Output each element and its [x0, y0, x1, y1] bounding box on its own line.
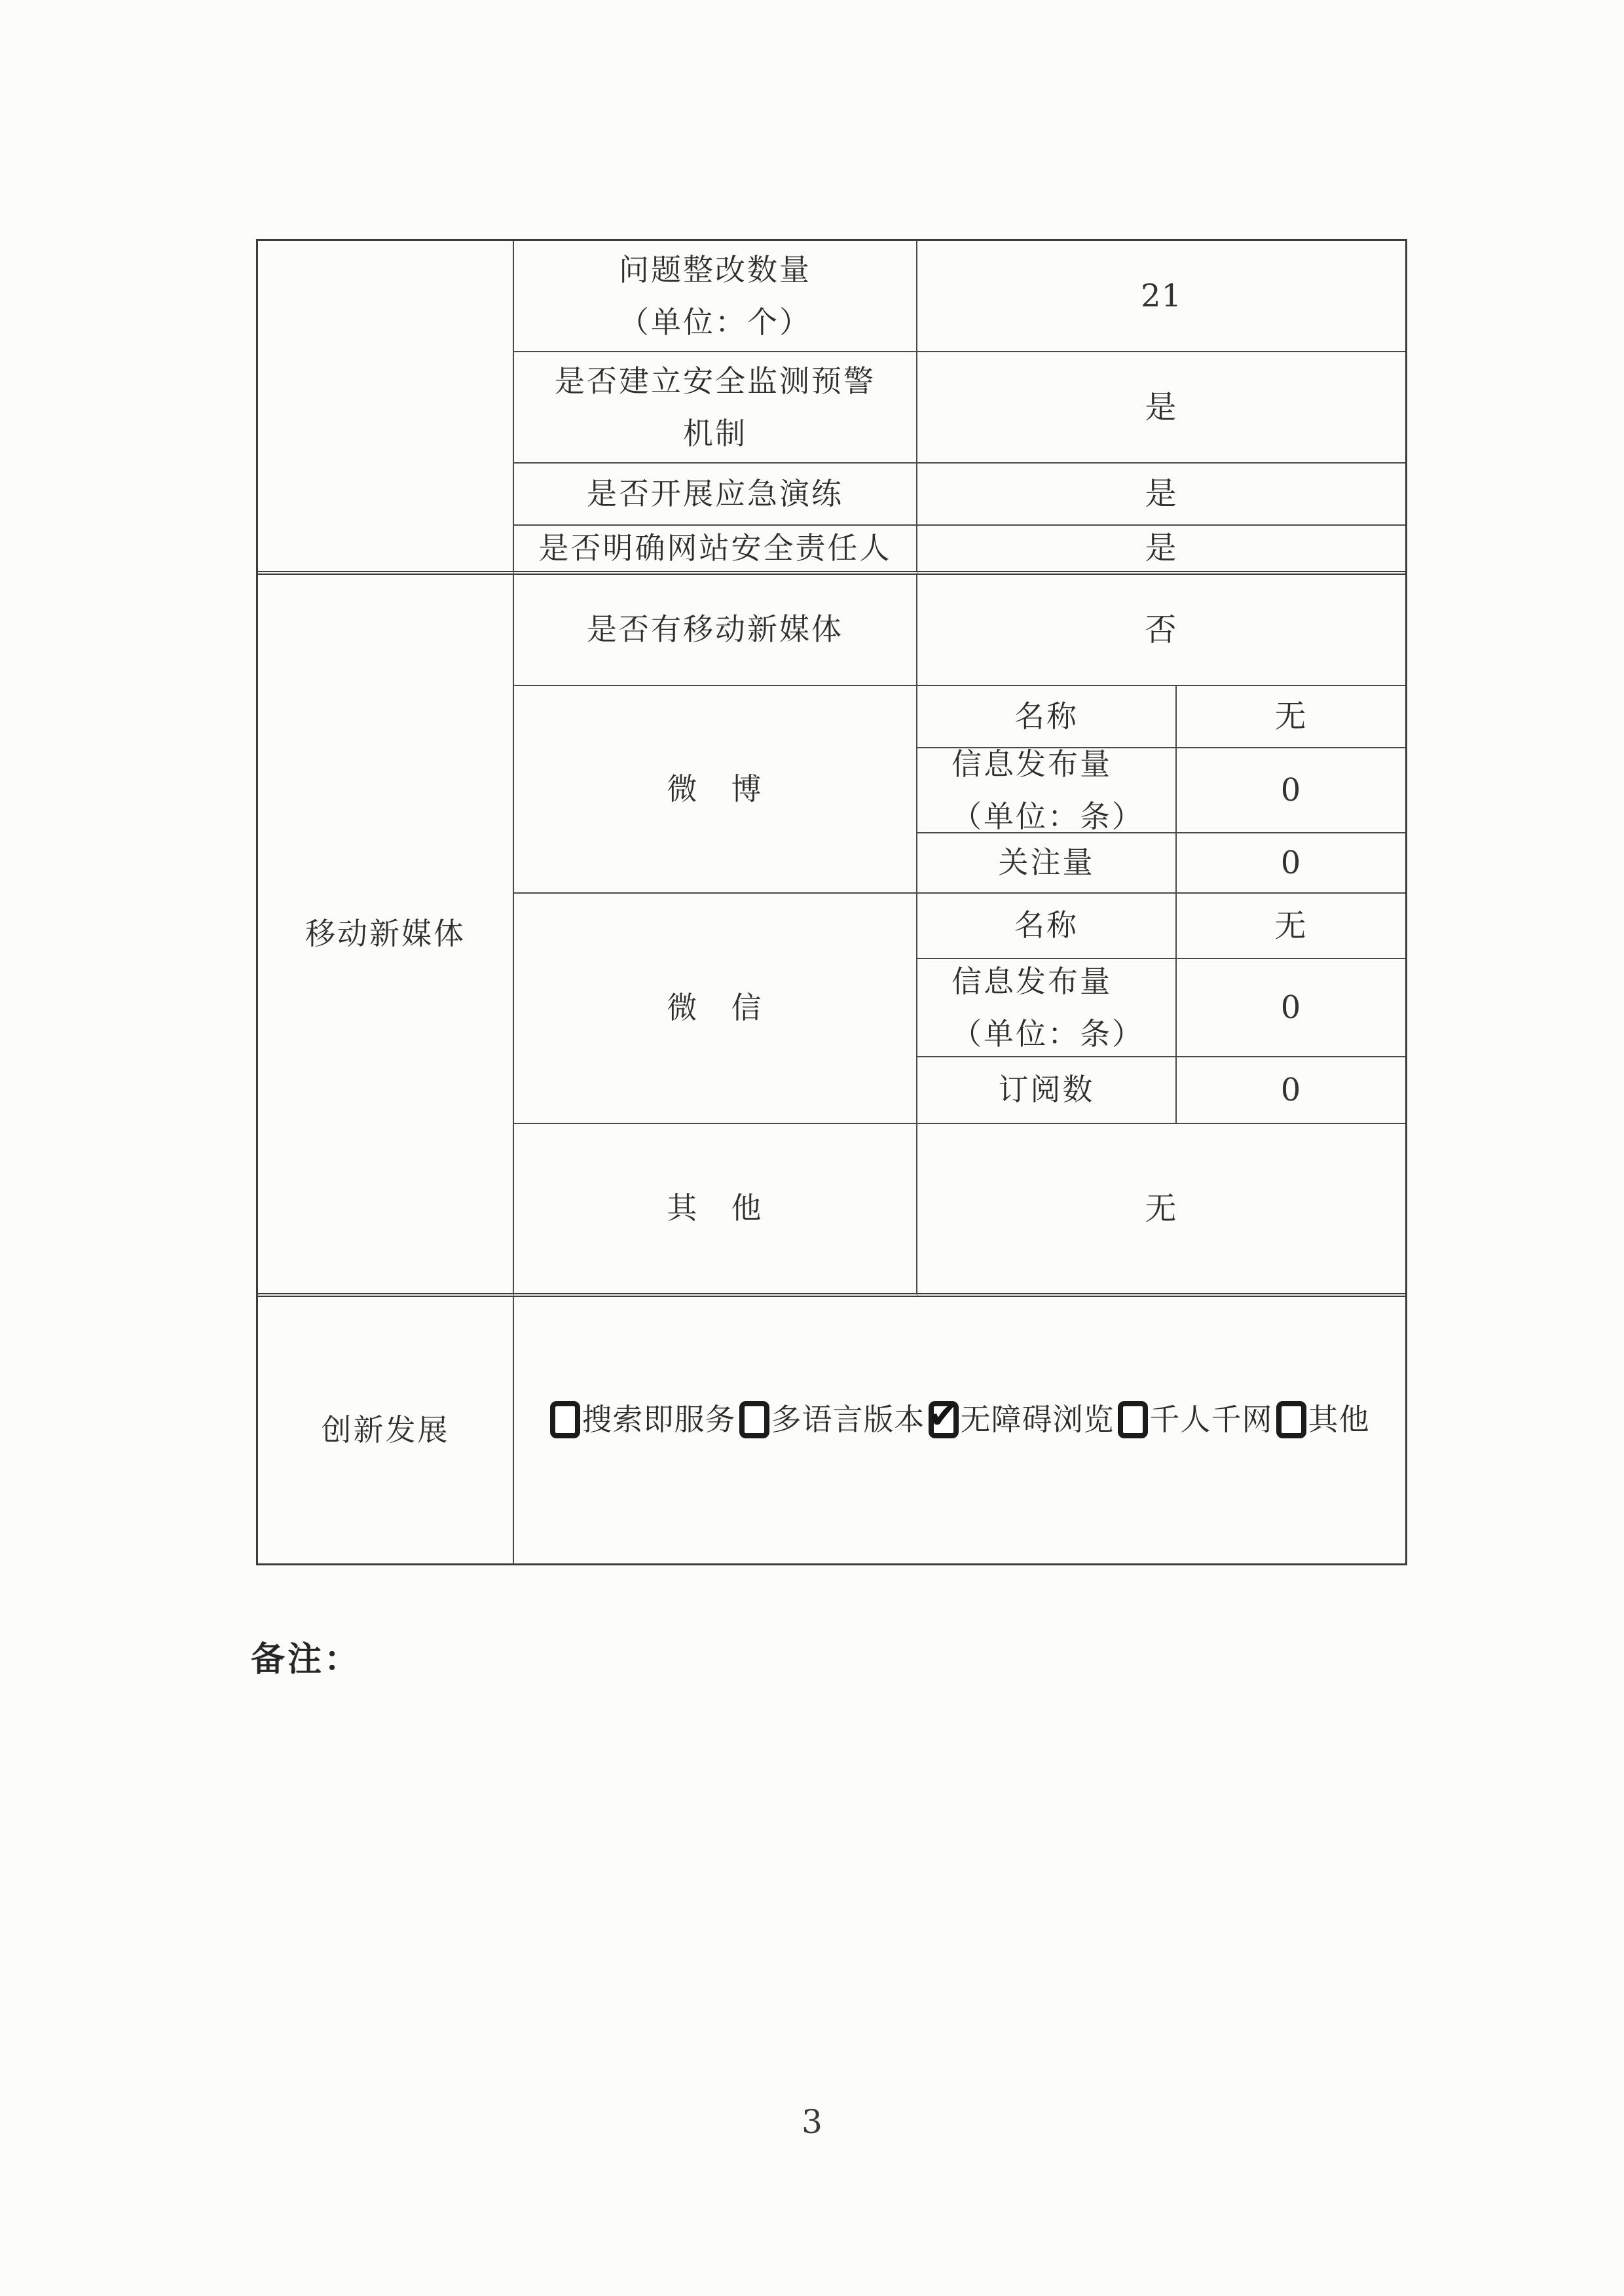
- wechat-posts-value: 0: [1177, 959, 1405, 1057]
- monitor-label-line2: 机制: [683, 407, 747, 460]
- checkbox-icon: [550, 1401, 580, 1438]
- rectify-count-label-line1: 问题整改数量: [619, 244, 811, 296]
- rectify-count-value: 21: [917, 241, 1405, 352]
- checkbox-icon: [739, 1401, 769, 1438]
- innovation-option-label: 其他: [1308, 1400, 1370, 1440]
- weibo-followers-value: 0: [1177, 833, 1405, 894]
- notes-label: 备注：: [251, 1631, 361, 1681]
- innovation-option-other: 其他: [1273, 1400, 1370, 1440]
- group-label-weibo: 微 博: [514, 686, 917, 894]
- row-label-other-media: 其 他: [514, 1124, 917, 1297]
- checkbox-checked-icon: ✔: [929, 1401, 959, 1438]
- innovation-option-qianren-qianwang: 千人千网: [1115, 1400, 1273, 1440]
- weibo-name-value: 无: [1177, 686, 1405, 748]
- drill-value: 是: [917, 464, 1405, 526]
- weibo-posts-label-line2: （单位：条）: [951, 790, 1144, 833]
- weibo-followers-label: 关注量: [917, 833, 1177, 894]
- row-label-security-responsible: 是否明确网站安全责任人: [514, 526, 917, 575]
- innovation-options-row: 搜索即服务 多语言版本 ✔ 无障碍浏览 千人千网 其他: [550, 1400, 1370, 1440]
- innovation-option-label: 多语言版本: [771, 1400, 925, 1440]
- row-label-emergency-drill: 是否开展应急演练: [514, 464, 917, 526]
- wechat-name-value: 无: [1177, 894, 1405, 959]
- checkbox-icon: [1118, 1401, 1148, 1438]
- monitor-label-line1: 是否建立安全监测预警: [555, 355, 876, 407]
- innovation-options-cell: 搜索即服务 多语言版本 ✔ 无障碍浏览 千人千网 其他: [514, 1297, 1405, 1563]
- weibo-posts-value: 0: [1177, 748, 1405, 833]
- section-label-innovation: 创新发展: [258, 1297, 514, 1563]
- checkbox-icon: [1276, 1401, 1306, 1438]
- innovation-option-search-service: 搜索即服务: [550, 1400, 736, 1440]
- weibo-name-label: 名称: [917, 686, 1177, 748]
- responsible-value: 是: [917, 526, 1405, 575]
- rectify-count-label-line2: （单位：个）: [619, 296, 811, 348]
- innovation-option-label: 千人千网: [1150, 1400, 1273, 1440]
- innovation-option-label: 无障碍浏览: [961, 1400, 1115, 1440]
- monitor-value: 是: [917, 352, 1405, 464]
- wechat-name-label: 名称: [917, 894, 1177, 959]
- scanned-report-page: 问题整改数量 （单位：个） 21 是否建立安全监测预警 机制 是 是否开展应急演…: [0, 0, 1624, 2296]
- innovation-option-multilingual: 多语言版本: [736, 1400, 925, 1440]
- report-table: 问题整改数量 （单位：个） 21 是否建立安全监测预警 机制 是 是否开展应急演…: [256, 239, 1407, 1565]
- other-media-value: 无: [917, 1124, 1405, 1297]
- row-label-monitor-mechanism: 是否建立安全监测预警 机制: [514, 352, 917, 464]
- weibo-posts-label: 信息发布量 （单位：条）: [917, 748, 1177, 833]
- wechat-subscribers-value: 0: [1177, 1057, 1405, 1124]
- innovation-option-accessibility: ✔ 无障碍浏览: [925, 1400, 1115, 1440]
- has-mobile-media-value: 否: [917, 575, 1405, 686]
- row-label-rectify-count: 问题整改数量 （单位：个）: [514, 241, 917, 352]
- row-label-has-mobile-media: 是否有移动新媒体: [514, 575, 917, 686]
- group-label-wechat: 微 信: [514, 894, 917, 1124]
- page-number: 3: [0, 2103, 1624, 2141]
- wechat-subscribers-label: 订阅数: [917, 1057, 1177, 1124]
- wechat-posts-label-line2: （单位：条）: [951, 1008, 1144, 1057]
- empty-left-cell: [258, 241, 514, 575]
- wechat-posts-label: 信息发布量 （单位：条）: [917, 959, 1177, 1057]
- checkmark-glyph: ✔: [928, 1398, 959, 1434]
- innovation-option-label: 搜索即服务: [582, 1400, 736, 1440]
- wechat-posts-label-line1: 信息发布量: [951, 959, 1112, 1008]
- weibo-posts-label-line1: 信息发布量: [951, 748, 1112, 790]
- section-label-mobile-media: 移动新媒体: [258, 575, 514, 1297]
